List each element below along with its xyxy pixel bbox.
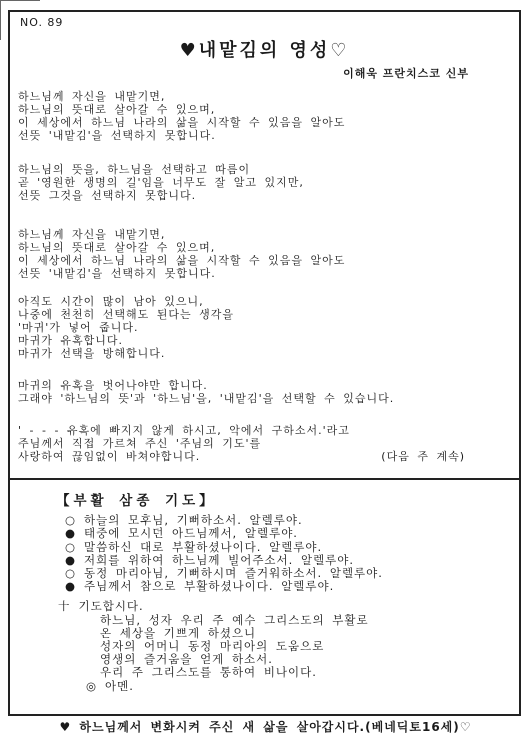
oration-line: 하느님, 성자 우리 주 예수 그리스도의 부활로 — [100, 614, 519, 627]
cross-icon: 十 — [58, 600, 71, 613]
versicle-row: ● 주님께서 참으로 부활하셨나이다. 알렐루야. — [65, 580, 519, 593]
amen-text: 아멘. — [105, 680, 134, 693]
section-divider — [8, 478, 521, 480]
oration: 十 기도합시다. 하느님, 성자 우리 주 예수 그리스도의 부활로온 세상을 … — [58, 600, 519, 679]
versicle-marker-icon: ○ — [65, 541, 76, 554]
prayer-section: 【부활 삼종 기도】 ○ 하늘의 모후님, 기뻐하소서. 알렐루야. ● 태중에… — [10, 495, 519, 693]
amen-row: ◎ 아멘. — [86, 680, 519, 693]
response-marker-icon: ◎ — [86, 680, 97, 693]
body-line: 이 세상에서 하느님 나라의 삶을 시작할 수 있음을 알아도 — [18, 116, 509, 129]
body-paragraph: 하느님께 자신을 내맡기면,하느님의 뜻대로 살아갈 수 있으며,이 세상에서 … — [18, 228, 509, 280]
issue-number: NO. 89 — [20, 16, 63, 29]
body-line: '마귀'가 넣어 줍니다. — [18, 321, 509, 334]
versicle-marker-icon: ● — [65, 527, 76, 540]
versicle-marker-icon: ● — [65, 580, 76, 593]
prayer-heading: 【부활 삼종 기도】 — [56, 495, 519, 508]
body-paragraph: 하느님께 자신을 내맡기면,하느님의 뜻대로 살아갈 수 있으며,이 세상에서 … — [18, 90, 509, 142]
body-line: 이 세상에서 하느님 나라의 삶을 시작할 수 있음을 알아도 — [18, 254, 509, 267]
body-line: 곧 '영원한 생명의 길'임을 너무도 잘 알고 있지만, — [18, 176, 509, 189]
oration-line: 우리 주 그리스도를 통하여 비나이다. — [100, 666, 519, 679]
body-line: 하느님께 자신을 내맡기면, — [18, 228, 509, 241]
body-line: 나중에 천천히 선택해도 된다는 생각을 — [18, 308, 509, 321]
author-line: 이해욱 프란치스코 신부 — [343, 65, 469, 81]
oration-lead: 기도합시다. — [79, 600, 144, 613]
body-line: 선뜻 '내맡김'을 선택하지 못합니다. — [18, 129, 509, 142]
body-line: 하느님의 뜻대로 살아갈 수 있으며, — [18, 241, 509, 254]
body-line: 그래야 '하느님의 뜻'과 '하느님'을, '내맡김'을 선택할 수 있습니다. — [18, 392, 509, 405]
body-line: 마귀가 선택을 방해합니다. — [18, 347, 509, 360]
body-line: 주님께서 직접 가르쳐 주신 '주님의 기도'를 — [18, 437, 509, 450]
body-line: 선뜻 '내맡김'을 선택하지 못합니다. — [18, 267, 509, 280]
scan-edge-mark — [0, 0, 40, 1]
body-paragraph: 아직도 시간이 많이 남아 있으니,나중에 천천히 선택해도 된다는 생각을'마… — [18, 295, 509, 360]
scan-edge-mark — [0, 0, 1, 40]
closing-line-row: 사랑하여 끊임없이 바쳐야합니다. (다음 주 계속) — [18, 450, 509, 463]
versicle-list: ○ 하늘의 모후님, 기뻐하소서. 알렐루야. ● 태중에 모시던 아드님께서,… — [65, 514, 519, 593]
page-title: ♥내맡김의 영성♡ — [10, 36, 519, 62]
versicle-row: ○ 말씀하신 대로 부활하셨나이다. 알렐루야. — [65, 541, 519, 554]
body-line: 선뜻 그것을 선택하지 못합니다. — [18, 189, 509, 202]
body-line: 마귀가 유혹합니다. — [18, 334, 509, 347]
footer-motto: ♥ 하느님께서 변화시켜 주신 새 삶을 살아갑시다.(베네딕토16세)♡ — [0, 718, 531, 735]
continuation-note: (다음 주 계속) — [381, 450, 465, 463]
bulletin-sheet: NO. 89 ♥내맡김의 영성♡ 이해욱 프란치스코 신부 하느님께 자신을 내… — [8, 10, 521, 716]
body-paragraph: 마귀의 유혹을 벗어나야만 합니다.그래야 '하느님의 뜻'과 '하느님'을, … — [18, 379, 509, 405]
body-line: 하느님의 뜻을, 하느님을 선택하고 따름이 — [18, 163, 509, 176]
bulletin-page: NO. 89 ♥내맡김의 영성♡ 이해욱 프란치스코 신부 하느님께 자신을 내… — [0, 0, 531, 743]
essay-body: 하느님께 자신을 내맡기면,하느님의 뜻대로 살아갈 수 있으며,이 세상에서 … — [18, 90, 509, 463]
versicle-text: 주님께서 참으로 부활하셨나이다. 알렐루야. — [84, 580, 334, 593]
versicle-text: 말씀하신 대로 부활하셨나이다. 알렐루야. — [84, 541, 322, 554]
body-line: 아직도 시간이 많이 남아 있으니, — [18, 295, 509, 308]
versicle-text: 태중에 모시던 아드님께서, 알렐루야. — [84, 527, 298, 540]
body-line: ' - - - 유혹에 빠지지 않게 하시고, 악에서 구하소서.'라고 — [18, 424, 509, 437]
oration-lines: 하느님, 성자 우리 주 예수 그리스도의 부활로온 세상을 기쁘게 하셨으니성… — [100, 614, 519, 680]
body-line: 사랑하여 끊임없이 바쳐야합니다. — [18, 450, 200, 463]
body-paragraph: ' - - - 유혹에 빠지지 않게 하시고, 악에서 구하소서.'라고주님께서… — [18, 424, 509, 450]
body-paragraph: 하느님의 뜻을, 하느님을 선택하고 따름이곧 '영원한 생명의 길'임을 너무… — [18, 163, 509, 202]
body-line: 하느님의 뜻대로 살아갈 수 있으며, — [18, 103, 509, 116]
body-line: 마귀의 유혹을 벗어나야만 합니다. — [18, 379, 509, 392]
versicle-row: ● 태중에 모시던 아드님께서, 알렐루야. — [65, 527, 519, 540]
oration-head: 十 기도합시다. — [58, 600, 519, 613]
body-line: 하느님께 자신을 내맡기면, — [18, 90, 509, 103]
